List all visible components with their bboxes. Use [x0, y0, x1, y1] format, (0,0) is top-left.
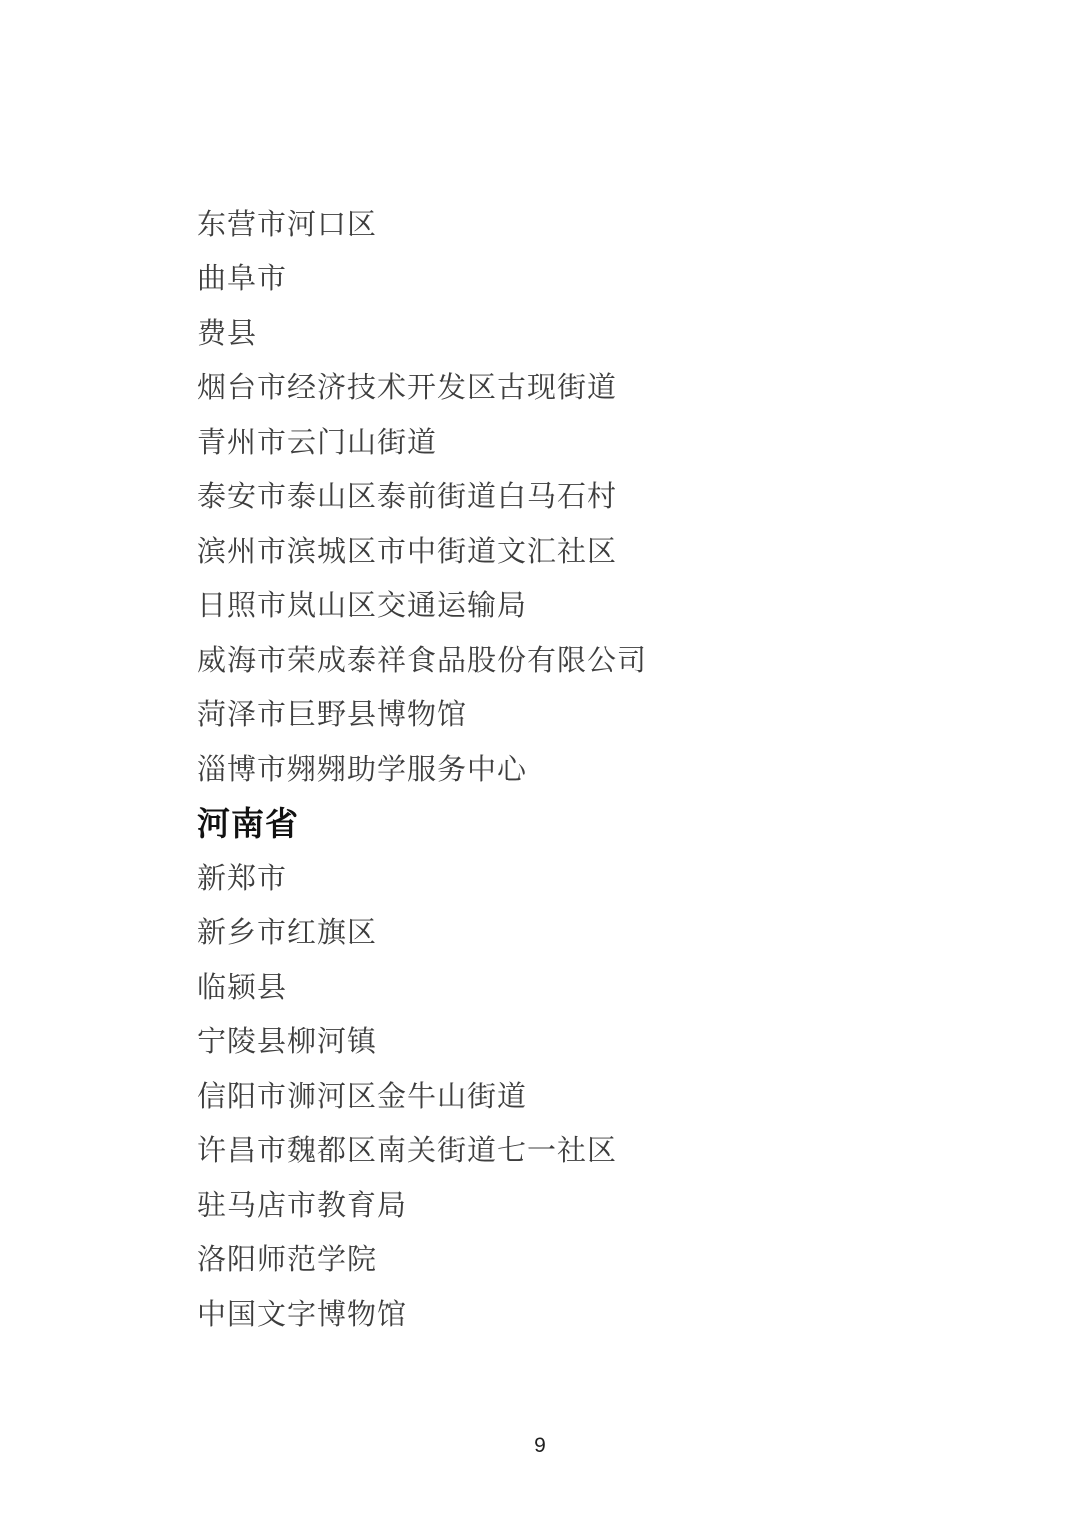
list-item: 洛阳师范学院 — [0, 1231, 1080, 1286]
page-footer: 9 — [0, 1434, 1080, 1458]
list-item: 新乡市红旗区 — [0, 904, 1080, 959]
document-page: 东营市河口区曲阜市费县烟台市经济技术开发区古现街道青州市云门山街道泰安市泰山区泰… — [0, 0, 1080, 1527]
list-item: 费县 — [0, 304, 1080, 359]
list-item: 烟台市经济技术开发区古现街道 — [0, 359, 1080, 414]
list-item: 许昌市魏都区南关街道七一社区 — [0, 1122, 1080, 1177]
section-heading: 河南省 — [0, 795, 1080, 850]
list-item: 滨州市滨城区市中街道文汇社区 — [0, 522, 1080, 577]
list-item: 菏泽市巨野县博物馆 — [0, 686, 1080, 741]
list-item: 驻马店市教育局 — [0, 1176, 1080, 1231]
list-item: 新郑市 — [0, 849, 1080, 904]
name-list: 东营市河口区曲阜市费县烟台市经济技术开发区古现街道青州市云门山街道泰安市泰山区泰… — [0, 195, 1080, 1340]
list-item: 宁陵县柳河镇 — [0, 1013, 1080, 1068]
list-item: 东营市河口区 — [0, 195, 1080, 250]
page-number: 9 — [534, 1434, 546, 1457]
list-item: 临颍县 — [0, 958, 1080, 1013]
list-item: 日照市岚山区交通运输局 — [0, 577, 1080, 632]
list-item: 淄博市翙翙助学服务中心 — [0, 740, 1080, 795]
list-item: 中国文字博物馆 — [0, 1285, 1080, 1340]
list-item: 威海市荣成泰祥食品股份有限公司 — [0, 631, 1080, 686]
list-item: 信阳市浉河区金牛山街道 — [0, 1067, 1080, 1122]
list-item: 青州市云门山街道 — [0, 413, 1080, 468]
list-item: 泰安市泰山区泰前街道白马石村 — [0, 468, 1080, 523]
list-item: 曲阜市 — [0, 250, 1080, 305]
